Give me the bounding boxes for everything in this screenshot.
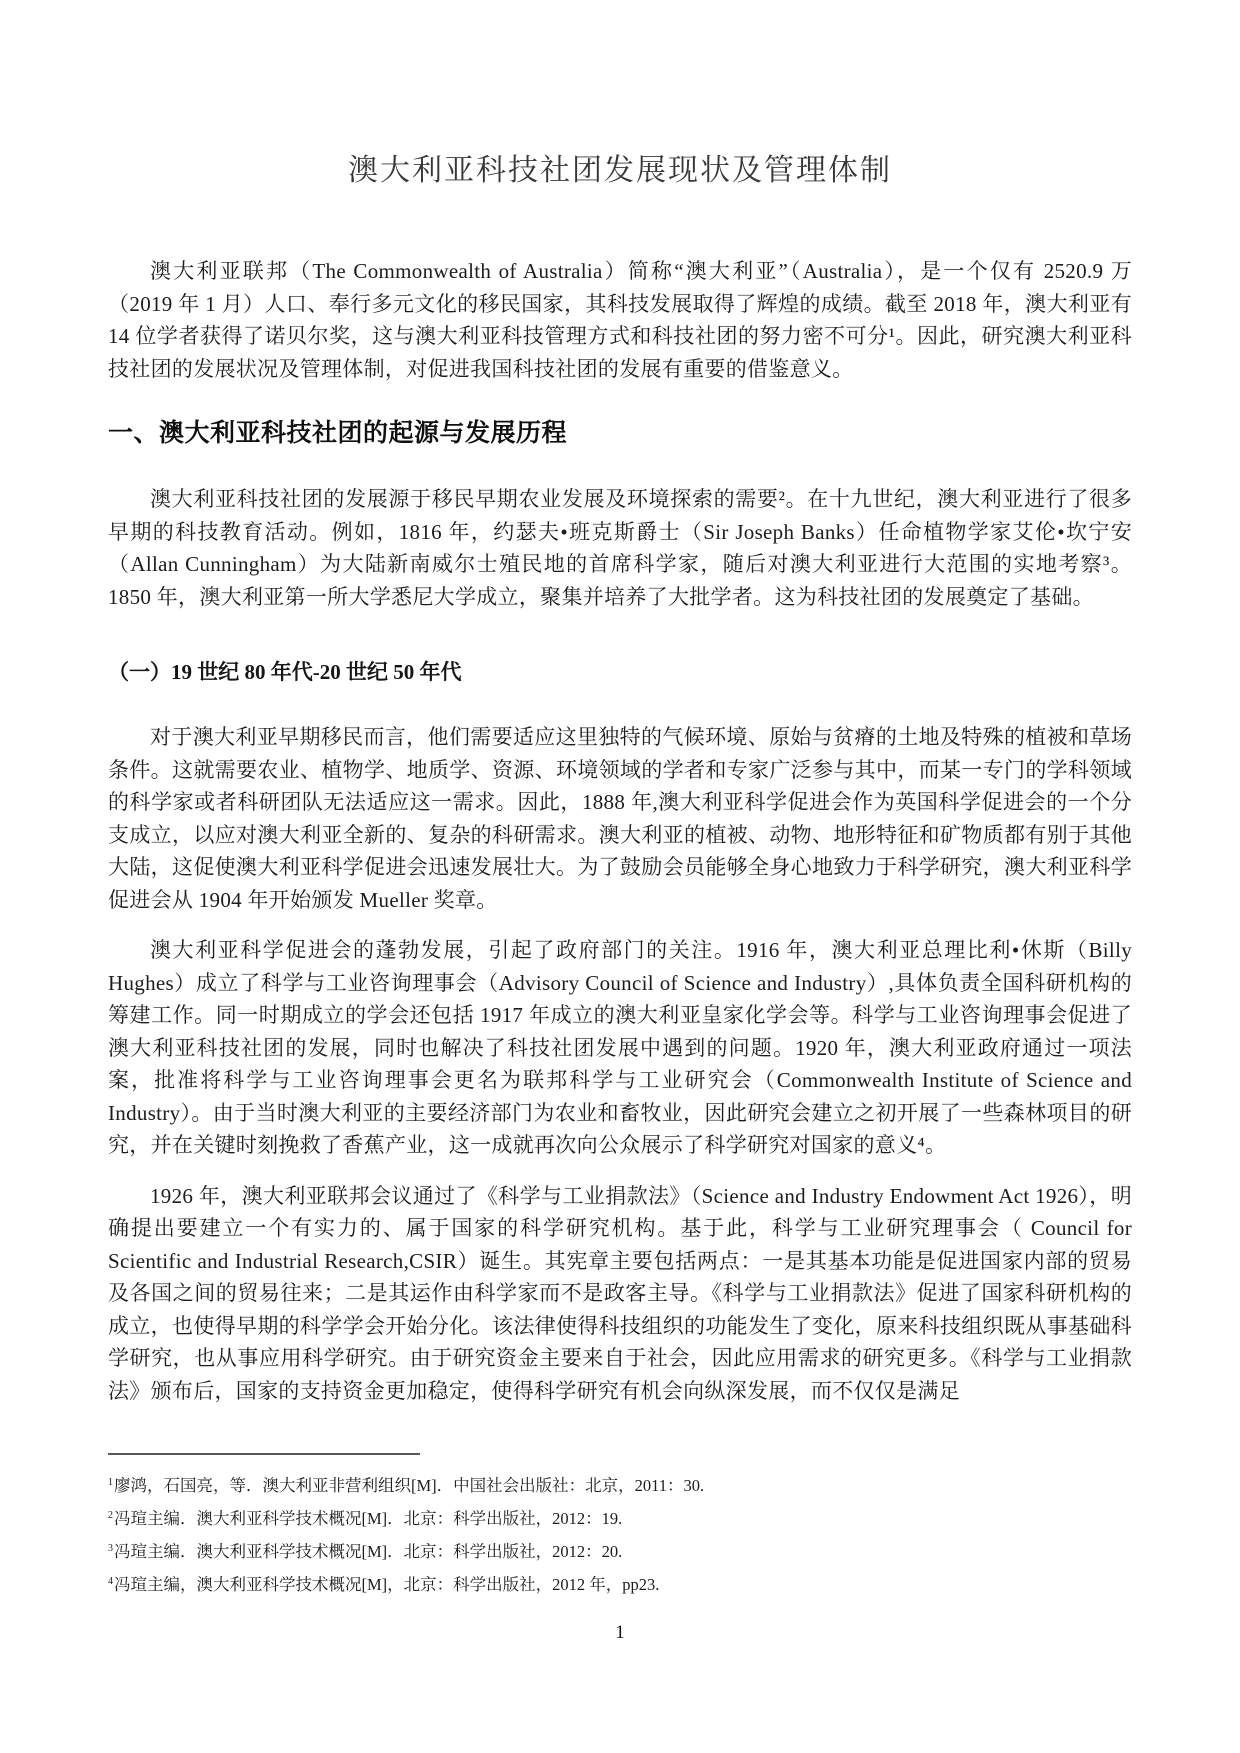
section-1-paragraph: 澳大利亚科技社团的发展源于移民早期农业发展及环境探索的需要²。在十九世纪，澳大利… [108,483,1132,613]
footnote-area: 1廖鸿，石国亮，等．澳大利亚非营利组织[M]．中国社会出版社：北京，2011：3… [108,1453,1132,1601]
footnote-4-text: 冯瑄主编，澳大利亚科学技术概况[M]，北京：科学出版社，2012 年，pp23. [114,1575,659,1594]
footnote-3-text: 冯瑄主编．澳大利亚科学技术概况[M]．北京：科学出版社，2012：20. [114,1542,622,1561]
footnote-1-text: 廖鸿，石国亮，等．澳大利亚非营利组织[M]．中国社会出版社：北京，2011：30… [114,1476,704,1495]
page-number: 1 [0,1622,1240,1644]
section-1-heading: 一、澳大利亚科技社团的起源与发展历程 [108,415,1132,451]
footnote-3: 3冯瑄主编．澳大利亚科学技术概况[M]．北京：科学出版社，2012：20. [108,1535,1132,1568]
footnote-2: 2冯瑄主编．澳大利亚科学技术概况[M]．北京：科学出版社，2012：19. [108,1502,1132,1535]
subsection-paragraph-2: 澳大利亚科学促进会的蓬勃发展，引起了政府部门的关注。1916 年，澳大利亚总理比… [108,934,1132,1162]
intro-paragraph: 澳大利亚联邦（The Commonwealth of Australia）简称“… [108,255,1132,385]
subsection-paragraph-1: 对于澳大利亚早期移民而言，他们需要适应这里独特的气候环境、原始与贫瘠的土地及特殊… [108,721,1132,916]
footnote-3-marker: 3 [108,1543,113,1554]
footnote-1: 1廖鸿，石国亮，等．澳大利亚非营利组织[M]．中国社会出版社：北京，2011：3… [108,1469,1132,1502]
footnote-divider [108,1453,420,1455]
document-title: 澳大利亚科技社团发展现状及管理体制 [108,145,1132,189]
footnote-1-marker: 1 [108,1477,113,1488]
footnote-4-marker: 4 [108,1576,113,1587]
footnote-2-text: 冯瑄主编．澳大利亚科学技术概况[M]．北京：科学出版社，2012：19. [114,1509,622,1528]
subsection-1-1-heading: （一）19 世纪 80 年代-20 世纪 50 年代 [108,657,1132,687]
footnote-2-marker: 2 [108,1510,113,1521]
footnote-4: 4冯瑄主编，澳大利亚科学技术概况[M]，北京：科学出版社，2012 年，pp23… [108,1568,1132,1601]
document-page: 澳大利亚科技社团发展现状及管理体制 澳大利亚联邦（The Commonwealt… [0,0,1240,1753]
subsection-paragraph-3: 1926 年，澳大利亚联邦会议通过了《科学与工业捐款法》（Science and… [108,1180,1132,1408]
